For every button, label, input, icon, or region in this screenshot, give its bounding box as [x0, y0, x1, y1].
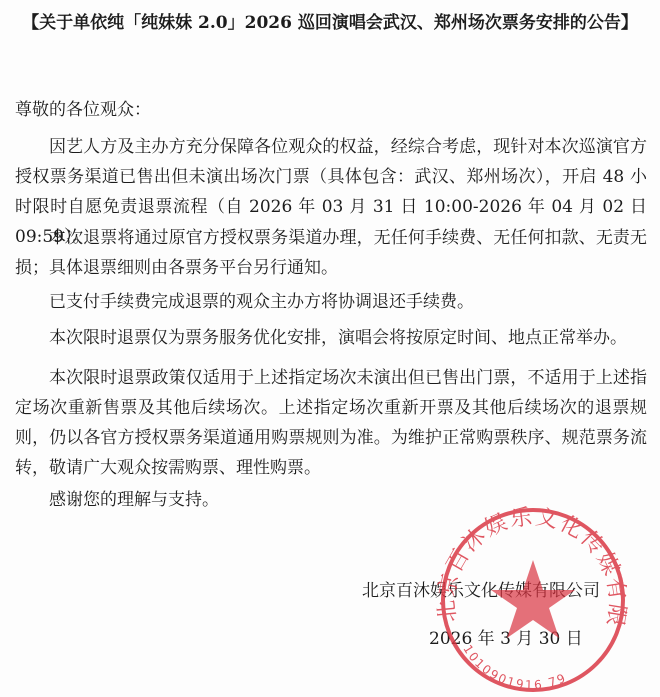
- announcement-title: 【关于单依纯「纯妹妹 2.0」2026 巡回演唱会武汉、郑州场次票务安排的公告】: [0, 8, 660, 33]
- paragraph-thanks: 感谢您的理解与支持。: [15, 485, 647, 515]
- greeting: 尊敬的各位观众：: [15, 95, 151, 120]
- seal-ring-text: 北京百沐娱乐文化传媒有限公司: [428, 502, 630, 630]
- svg-text:1010901916 79: 1010901916 79: [460, 642, 569, 692]
- signature-company: 北京百沐娱乐文化传媒有限公司: [362, 576, 600, 601]
- svg-text:北京百沐娱乐文化传媒有限公司: 北京百沐娱乐文化传媒有限公司: [428, 502, 630, 630]
- seal-code-text: 1010901916 79: [460, 642, 569, 692]
- paragraph-policy-applicability: 本次限时退票政策仅适用于上述指定场次未演出但已售出门票，不适用于上述指定场次重新…: [15, 363, 647, 483]
- paragraph-fee-return: 已支付手续费完成退票的观众主办方将协调退还手续费。: [15, 287, 647, 317]
- signature-date: 2026 年 3 月 30 日: [429, 624, 583, 649]
- paragraph-concert-schedule: 本次限时退票仅为票务服务优化安排，演唱会将按原定时间、地点正常举办。: [15, 323, 647, 353]
- paragraph-refund-channel: 本次退票将通过原官方授权票务渠道办理，无任何手续费、无任何扣款、无责无损；具体退…: [15, 223, 647, 283]
